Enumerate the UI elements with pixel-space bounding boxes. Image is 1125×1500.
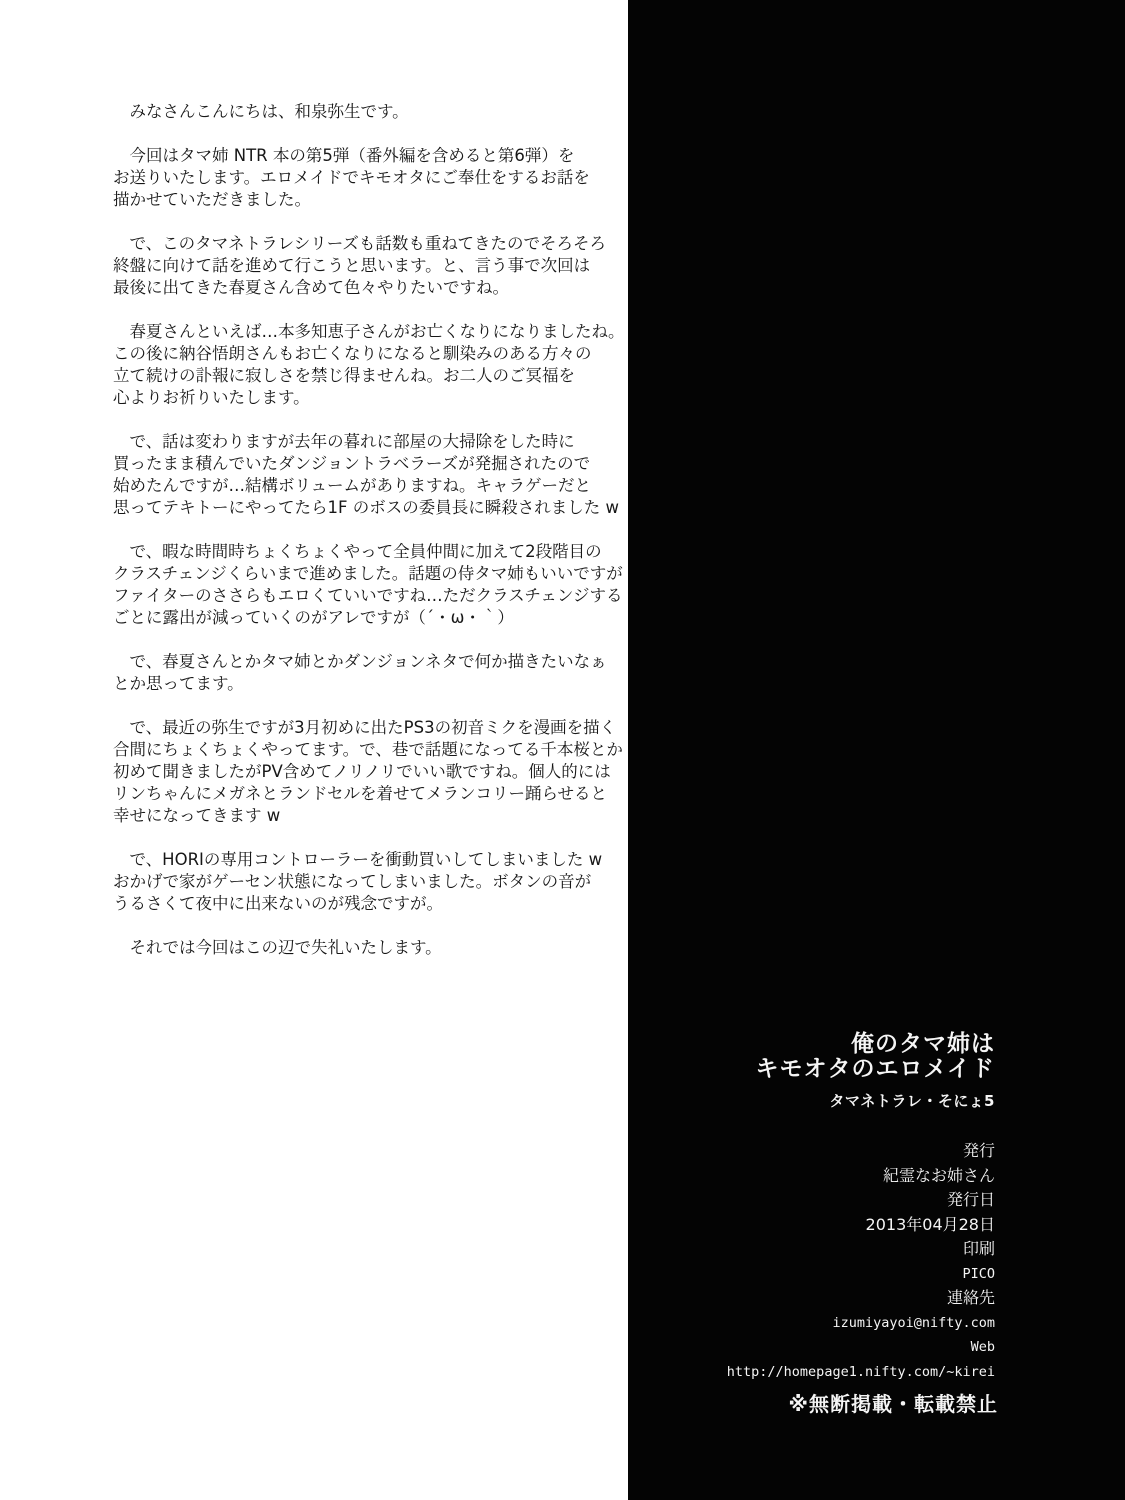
- contact-email-value: izumiyayoi@nifty.com: [628, 1311, 995, 1336]
- afterword-page: みなさんこんにちは、和泉弥生です。 今回はタマ姉 NTR 本の第5弾（番外編を含…: [0, 0, 1125, 1500]
- reprint-prohibition-notice: ※無断掲載・転載禁止: [628, 1388, 998, 1417]
- afterword-text-column: みなさんこんにちは、和泉弥生です。 今回はタマ姉 NTR 本の第5弾（番外編を含…: [113, 101, 629, 959]
- afterword-paragraph-class-change: で、暇な時間時ちょくちょくやって全員仲間に加えて2段階目の クラスチェンジくらい…: [113, 541, 629, 629]
- afterword-paragraph-book-intro: 今回はタマ姉 NTR 本の第5弾（番外編を含めると第6弾）を お送りいたします。…: [113, 145, 629, 211]
- web-label: Web: [628, 1335, 995, 1360]
- publisher-value: 紀霊なお姉さん: [628, 1164, 995, 1189]
- book-title-block: 俺のタマ姉は キモオタのエロメイド タマネトラレ・そにょ5: [628, 1032, 995, 1111]
- afterword-paragraph-series-plans: で、このタマネトラレシリーズも話数も重ねてきたのでそろそろ 終盤に向けて話を進め…: [113, 233, 629, 299]
- publisher-label: 発行: [628, 1139, 995, 1164]
- publication-info-block: 発行 紀霊なお姉さん 発行日 2013年04月28日 印刷 PICO 連絡先 i…: [628, 1139, 995, 1384]
- publish-date-value: 2013年04月28日: [628, 1213, 995, 1238]
- book-title-line2: キモオタのエロメイド: [628, 1057, 995, 1082]
- printer-value: PICO: [628, 1262, 995, 1287]
- afterword-paragraph-dungeon-game: で、話は変わりますが去年の暮れに部屋の大掃除をした時に 買ったまま積んでいたダン…: [113, 431, 629, 519]
- afterword-paragraph-drawing-ideas: で、春夏さんとかタマ姉とかダンジョンネタで何か描きたいなぁ とか思ってます。: [113, 651, 629, 695]
- afterword-paragraph-hori-controller: で、HORIの専用コントローラーを衝動買いしてしまいました w おかげで家がゲー…: [113, 849, 629, 915]
- afterword-paragraph-closing: それでは今回はこの辺で失礼いたします。: [113, 937, 629, 959]
- publish-date-label: 発行日: [628, 1188, 995, 1213]
- book-title-line1: 俺のタマ姉は: [628, 1032, 995, 1057]
- book-subtitle: タマネトラレ・そにょ5: [628, 1090, 995, 1111]
- afterword-paragraph-miku-game: で、最近の弥生ですが3月初めに出たPS3の初音ミクを漫画を描く 合間にちょくちょ…: [113, 717, 629, 827]
- printer-label: 印刷: [628, 1237, 995, 1262]
- afterword-paragraph-condolences: 春夏さんといえば…本多知恵子さんがお亡くなりになりましたね。 この後に納谷悟朗さ…: [113, 321, 629, 409]
- colophon-panel: 俺のタマ姉は キモオタのエロメイド タマネトラレ・そにょ5 発行 紀霊なお姉さん…: [628, 0, 1125, 1500]
- website-url-value: http://homepage1.nifty.com/~kirei: [628, 1360, 995, 1385]
- afterword-paragraph-greeting: みなさんこんにちは、和泉弥生です。: [113, 101, 629, 123]
- contact-label: 連絡先: [628, 1286, 995, 1311]
